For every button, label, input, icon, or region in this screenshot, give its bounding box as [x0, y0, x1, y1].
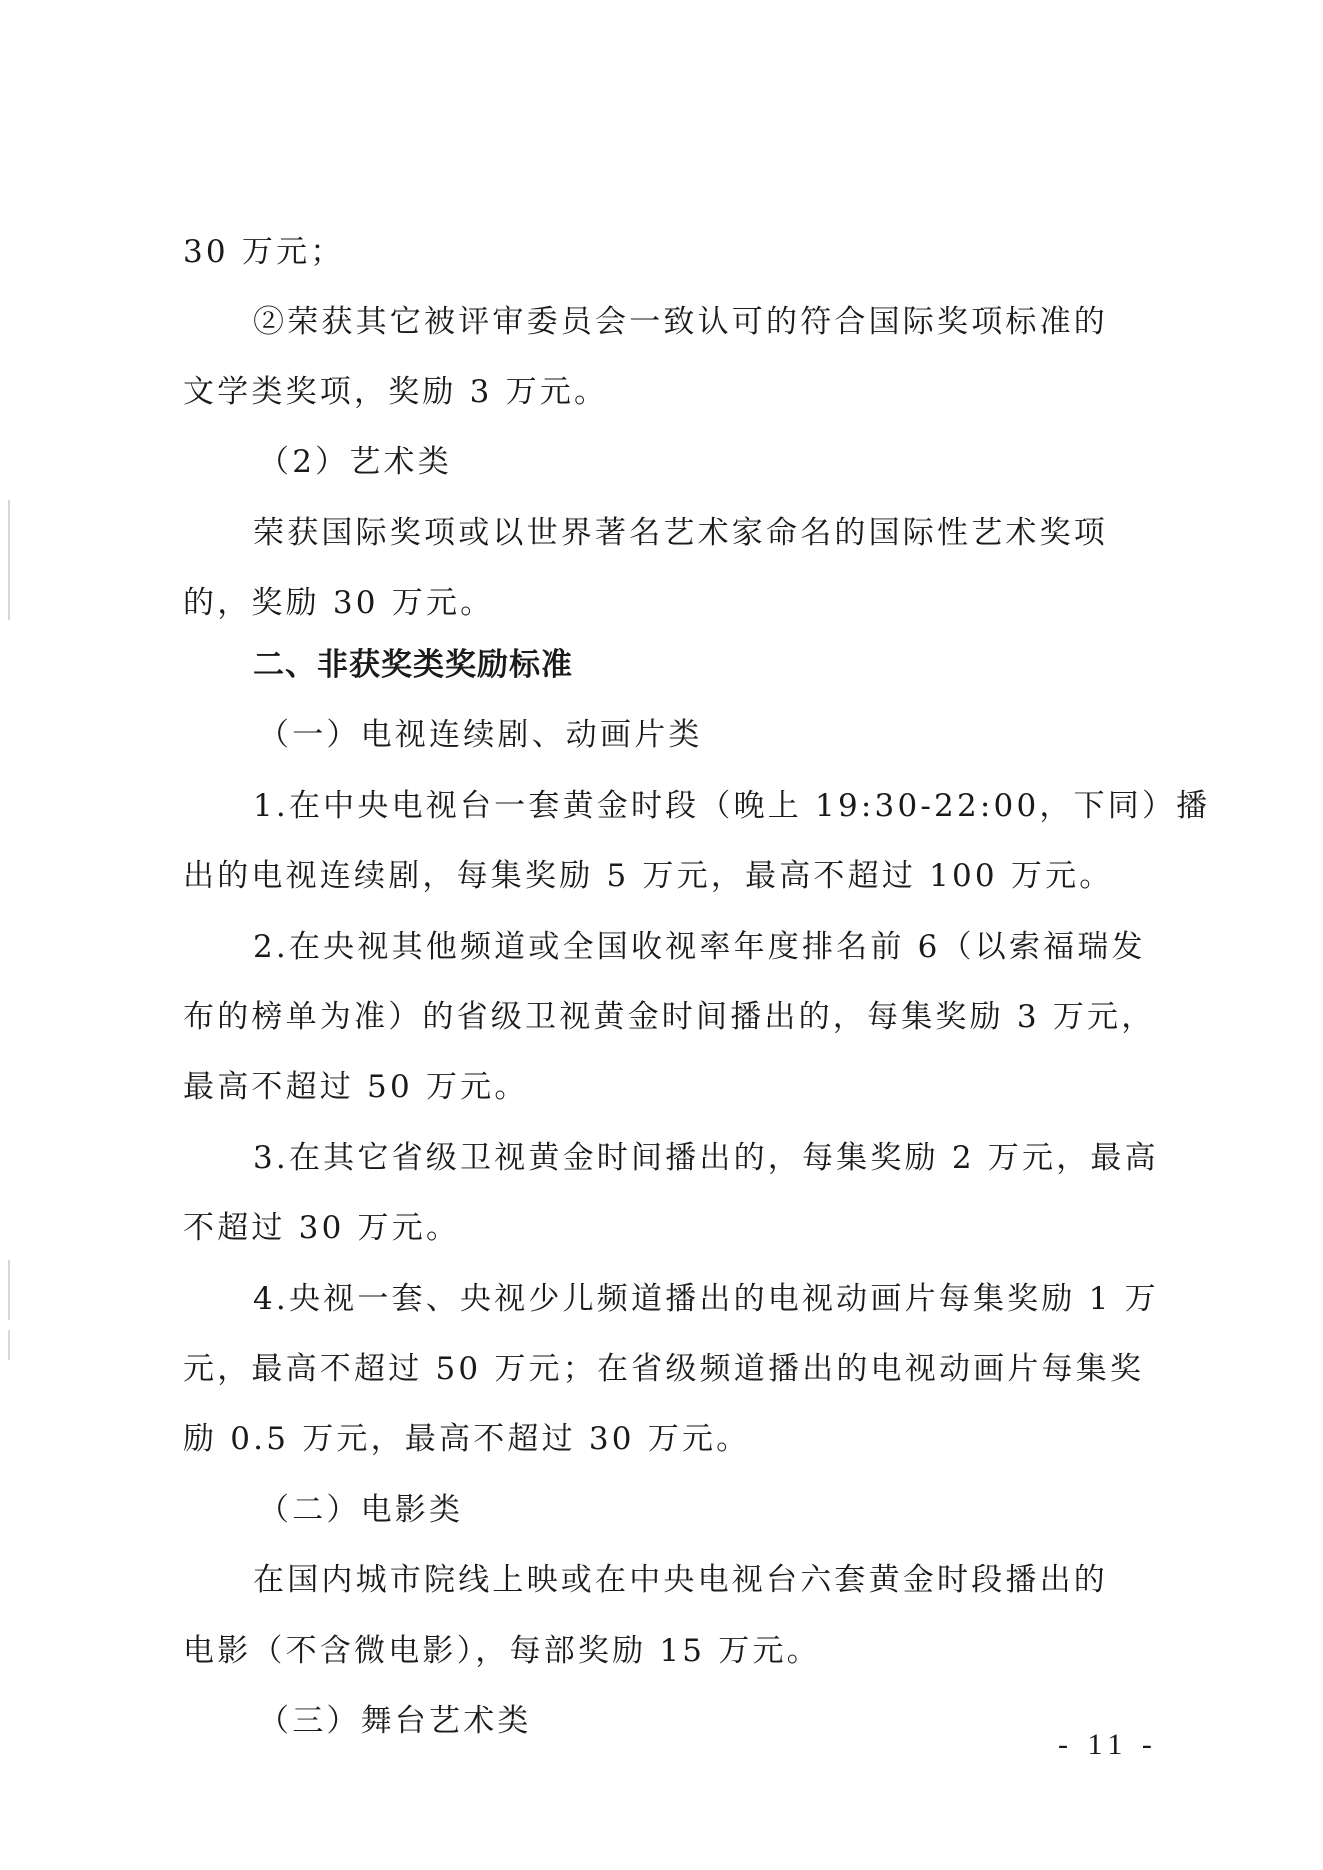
- body-line: 4.央视一套、央视少儿频道播出的电视动画片每集奖励 1 万: [253, 1279, 1159, 1319]
- body-line: ②荣获其它被评审委员会一致认可的符合国际奖项标准的: [253, 302, 1108, 342]
- scan-edge-artifact: [8, 1260, 10, 1320]
- body-line: 电影（不含微电影），每部奖励 15 万元。: [183, 1631, 821, 1671]
- scan-edge-artifact: [8, 1330, 10, 1360]
- body-line: 文学类奖项，奖励 3 万元。: [183, 372, 608, 412]
- body-line: 不超过 30 万元。: [183, 1208, 460, 1248]
- body-line: 布的榜单为准）的省级卫视黄金时间播出的，每集奖励 3 万元，: [183, 997, 1155, 1037]
- subsection-heading: （二）电影类: [258, 1490, 463, 1530]
- body-line: 3.在其它省级卫视黄金时间播出的，每集奖励 2 万元，最高: [253, 1138, 1159, 1178]
- body-line: 最高不超过 50 万元。: [183, 1067, 529, 1107]
- body-line: 荣获国际奖项或以世界著名艺术家命名的国际性艺术奖项: [253, 513, 1108, 553]
- body-line: 的，奖励 30 万元。: [183, 583, 494, 623]
- subsection-heading: （三）舞台艺术类: [258, 1701, 532, 1741]
- subsection-heading: （一）电视连续剧、动画片类: [258, 715, 703, 755]
- body-line: 30 万元；: [183, 232, 345, 272]
- body-line: 在国内城市院线上映或在中央电视台六套黄金时段播出的: [253, 1560, 1108, 1600]
- subsection-heading: （2）艺术类: [258, 442, 452, 482]
- body-line: 励 0.5 万元，最高不超过 30 万元。: [183, 1419, 750, 1459]
- body-line: 2.在央视其他频道或全国收视率年度排名前 6（以索福瑞发: [253, 927, 1146, 967]
- body-line: 1.在中央电视台一套黄金时段（晚上 19:30-22:00，下同）播: [253, 786, 1210, 826]
- body-line: 元，最高不超过 50 万元；在省级频道播出的电视动画片每集奖: [183, 1349, 1144, 1389]
- document-page: 30 万元； ②荣获其它被评审委员会一致认可的符合国际奖项标准的 文学类奖项，奖…: [0, 0, 1323, 1870]
- section-heading: 二、非获奖类奖励标准: [253, 645, 573, 685]
- page-number: - 11 -: [1058, 1727, 1158, 1763]
- scan-edge-artifact: [8, 500, 10, 620]
- body-line: 出的电视连续剧，每集奖励 5 万元，最高不超过 100 万元。: [183, 856, 1114, 896]
